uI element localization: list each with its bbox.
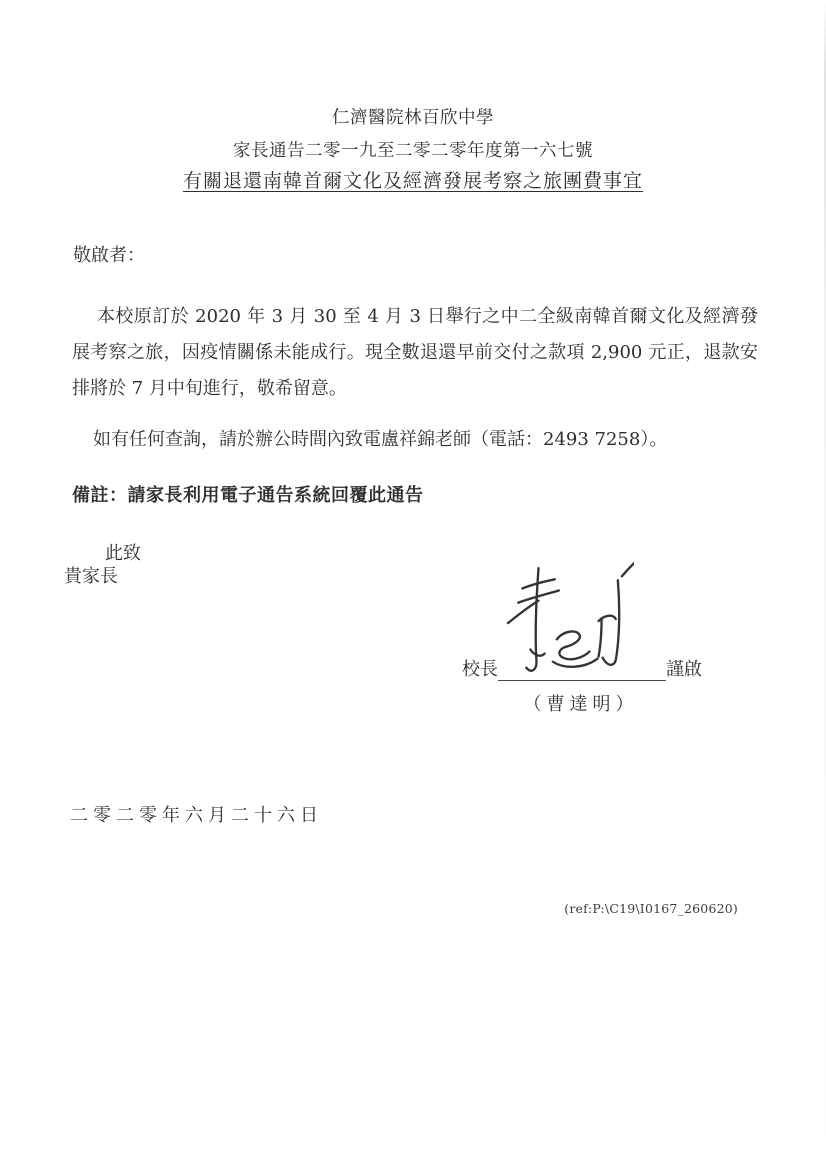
paragraph-enquiry: 如有任何查詢，請於辦公時間內致電盧祥錦老師（電話：2493 7258）。	[72, 425, 758, 451]
principal-role-label: 校長	[462, 655, 498, 681]
notice-subject: 有關退還南韓首爾文化及經濟發展考察之旅團費事宜	[0, 166, 826, 193]
closing-dear-parent: 貴家長	[64, 562, 118, 588]
school-name: 仁濟醫院林百欣中學	[0, 104, 826, 129]
handwritten-signature-icon	[498, 560, 634, 680]
salutation: 敬啟者：	[73, 241, 145, 267]
notice-number-line: 家長通告二零一九至二零二零年度第一六七號	[0, 137, 826, 162]
principal-name: （曹達明）	[516, 690, 646, 716]
signature-suffix-label: 謹啟	[666, 655, 702, 681]
issue-date: 二零二零年六月二十六日	[70, 801, 323, 827]
scanned-letter-page: 仁濟醫院林百欣中學 家長通告二零一九至二零二零年度第一六七號 有關退還南韓首爾文…	[0, 0, 826, 1168]
reference-code: (ref:P:\C19\I0167_260620)	[564, 901, 738, 916]
remark-bold-line: 備註：請家長利用電子通告系統回覆此通告	[72, 481, 424, 507]
paragraph-main: 本校原訂於 2020 年 3 月 30 至 4 月 3 日舉行之中二全級南韓首爾…	[72, 299, 758, 407]
